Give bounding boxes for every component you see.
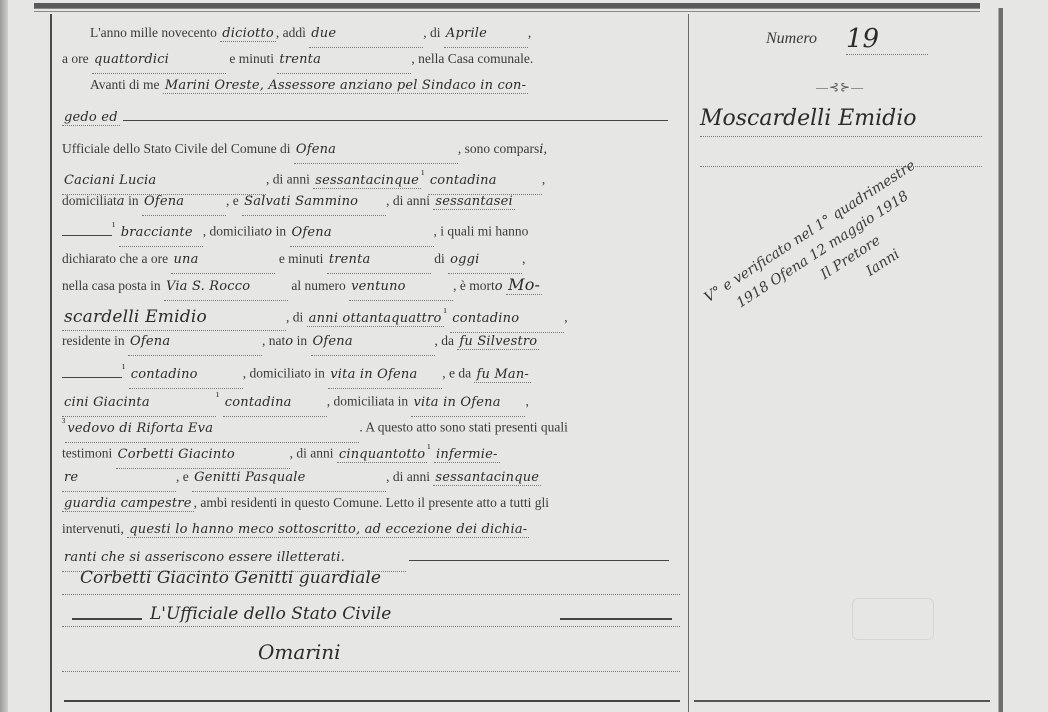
record-line-20: ranti che si asseriscono essere illetter… — [62, 544, 680, 570]
printed-text: e minuti — [279, 251, 324, 266]
witness-1-job: infermie- — [434, 447, 500, 463]
printed-text: Avanti di me — [62, 77, 159, 92]
signature-rule — [560, 618, 672, 620]
printed-text: , domiciliato in — [243, 366, 325, 381]
printed-text: , — [525, 394, 528, 409]
footnote-mark: ¹ — [444, 307, 447, 319]
bottom-rule-margin — [694, 700, 990, 702]
declarant-2-job: bracciante — [119, 220, 203, 247]
witness-1-age: cinquantotto — [337, 447, 427, 463]
death-day: oggi — [448, 247, 522, 274]
signature-rule — [72, 618, 142, 620]
record-line-14: cini Giacinta¹ contadina, domiciliata in… — [62, 384, 680, 410]
printed-text: in — [276, 224, 287, 239]
deceased-name: scardelli Emidio — [62, 304, 286, 331]
mother-name-start: fu Man- — [474, 367, 531, 383]
annotation-line: 1918 Ofena 12 maggio 1918 — [712, 112, 1026, 327]
printed-text: , di anni — [386, 193, 430, 208]
footnote-mark: ¹ — [112, 221, 115, 233]
death-hour: una — [171, 247, 275, 274]
faint-stamp-icon — [852, 598, 934, 640]
printed-text: , ambi residenti in questo Comune. Letto… — [194, 495, 549, 510]
bottom-rule — [64, 700, 680, 702]
deceased-residence: Ofena — [128, 329, 262, 356]
record-line-9: dichiarato che a ore una e minuti trenta… — [62, 246, 680, 272]
printed-text: Ufficiale dello Stato Civile del Comune … — [62, 141, 290, 156]
death-street: Via S. Rocco — [164, 274, 288, 301]
printed-text: , e — [176, 469, 189, 484]
record-line-16: testimoni Corbetti Giacinto, di anni cin… — [62, 436, 680, 462]
printed-text: , domiciliata in — [327, 394, 408, 409]
blank-line — [123, 108, 668, 121]
declarant-1-residence: Ofena — [142, 189, 226, 216]
father-name: fu Silvestro — [457, 334, 539, 350]
month-field: Aprile — [444, 21, 528, 48]
gender-suffix: o — [285, 334, 293, 349]
witness-2-job: guardia campestre — [62, 496, 194, 512]
witness-2-name: Genitti Pasquale — [192, 465, 386, 492]
printed-text: , domiciliat — [203, 224, 265, 239]
printed-text: , — [522, 251, 525, 266]
record-line-12: residente in Ofena, nato in Ofena, da fu… — [62, 328, 680, 354]
day-field: due — [309, 21, 423, 48]
record-line-8: ¹ bracciante, domiciliato in Ofena, i qu… — [62, 214, 680, 240]
signature-line — [62, 626, 680, 627]
minutes-field: trenta — [277, 47, 411, 74]
death-minutes: trenta — [327, 247, 431, 274]
declarant-2-age: sessantasei — [433, 194, 515, 210]
record-line-10: nella casa posta in Via S. Rocco al nume… — [62, 272, 680, 298]
gender-suffix: o — [264, 225, 272, 240]
officer-signature: Omarini — [258, 640, 876, 670]
record-line-3: Avanti di me Marini Oreste, Assessore an… — [62, 72, 680, 98]
declarant-2-residence: Ofena — [290, 220, 434, 247]
record-line-4: gedo ed — [62, 104, 680, 130]
deceased-name-start: Mo- — [506, 275, 542, 295]
printed-text: , — [564, 310, 567, 325]
printed-text: domiciliat — [62, 193, 117, 208]
record-line-17: re, e Genitti Pasquale, di anni sessanta… — [62, 464, 680, 490]
printed-text: , nat — [262, 333, 285, 348]
officer-field: Marini Oreste, Assessore anziano pel Sin… — [163, 78, 528, 94]
printed-text: , i quali mi hanno — [434, 224, 529, 239]
printed-text: . A questo atto sono stati presenti qual… — [359, 420, 567, 435]
printed-text: , sono compars — [458, 141, 539, 156]
footnote-mark: ¹ — [216, 391, 219, 403]
ornament-divider: —⊰⊱— — [816, 80, 864, 95]
page-edge — [0, 0, 8, 712]
printed-text: residente in — [62, 333, 125, 348]
printed-text: testimoni — [62, 446, 112, 461]
margin-deceased-name: Moscardelli Emidio — [700, 106, 982, 137]
officer-title-signature: L'Ufficiale dello Stato Civile — [150, 604, 768, 634]
printed-text: , addì — [276, 25, 306, 40]
closing-text: questi lo hanno meco sottoscritto, ad ec… — [127, 522, 529, 538]
gender-suffix: o — [495, 279, 503, 294]
blank-line — [409, 548, 669, 561]
blank-line — [62, 223, 112, 236]
officer-field-cont: gedo ed — [62, 110, 120, 126]
record-line-15: ³vedovo di Riforta Eva. A questo atto so… — [62, 410, 680, 436]
footnote-mark: ¹ — [421, 169, 424, 181]
witness-1-job-cont: re — [62, 465, 176, 492]
printed-text: L'anno mille novecento — [62, 25, 217, 40]
signature-line — [62, 671, 680, 672]
record-line-18: guardia campestre, ambi residenti in que… — [62, 490, 680, 516]
record-number-label: Numero — [766, 30, 817, 48]
printed-text: , di anni — [266, 172, 310, 187]
witness-2-age: sessantacinque — [433, 470, 541, 486]
printed-text: in — [128, 193, 139, 208]
printed-text: di — [434, 251, 445, 266]
record-number: 19 — [846, 24, 928, 55]
declarant-2-name: Salvati Sammino — [242, 189, 386, 216]
record-line-19: intervenuti, questi lo hanno meco sottos… — [62, 516, 680, 542]
footnote-mark: ¹ — [427, 443, 430, 455]
declarant-1-age: sessantacinque — [313, 173, 421, 189]
printed-text: al numero — [291, 278, 345, 293]
year-field: diciotto — [220, 26, 276, 42]
printed-text: , e da — [442, 366, 471, 381]
hour-field: quattordici — [92, 47, 226, 74]
deceased-age: anni ottantaquattro — [307, 311, 444, 327]
printed-text: e minuti — [229, 51, 274, 66]
printed-text: , nella Casa comunale. — [411, 51, 533, 66]
printed-text: , — [528, 25, 531, 40]
printed-text: , di anni — [290, 446, 334, 461]
house-number: ventuno — [349, 274, 453, 301]
printed-text: nella casa posta in — [62, 278, 161, 293]
signature-line — [62, 594, 680, 595]
printed-text: , e — [226, 193, 239, 208]
record-line-6: Caciani Lucia, di anni sessantacinque¹ c… — [62, 162, 680, 188]
comune-field: Ofena — [294, 137, 458, 164]
record-line-13: ¹ contadino, domiciliato in vita in Ofen… — [62, 356, 680, 382]
annotation-line: Il Pretore — [724, 131, 1038, 346]
record-line-5: Ufficiale dello Stato Civile del Comune … — [62, 136, 680, 162]
birthplace: Ofena — [311, 329, 435, 356]
printed-text: , — [542, 172, 545, 187]
printed-text: , — [544, 141, 547, 156]
printed-text: , di anni — [386, 469, 430, 484]
printed-text: a ore — [62, 51, 89, 66]
printed-text: , è mort — [453, 278, 495, 293]
printed-text: , da — [435, 333, 455, 348]
printed-text: , di — [423, 25, 440, 40]
top-rule-thin — [34, 11, 980, 12]
record-line-11: scardelli Emidio, di anni ottantaquattro… — [62, 300, 680, 326]
footnote-mark: ¹ — [122, 363, 125, 375]
top-rule — [34, 3, 980, 9]
gender-suffix: a — [117, 194, 125, 209]
printed-text: in — [297, 333, 308, 348]
printed-text: , di — [286, 310, 303, 325]
printed-text: dichiarato che a ore — [62, 251, 168, 266]
record-line-1: L'anno mille novecento diciotto, addì du… — [62, 20, 680, 46]
record-line-2: a ore quattordici e minuti trenta, nella… — [62, 46, 680, 72]
blank-line — [62, 365, 122, 378]
printed-text: intervenuti, — [62, 521, 124, 536]
record-line-7: domiciliata in Ofena, e Salvati Sammino,… — [62, 188, 680, 214]
